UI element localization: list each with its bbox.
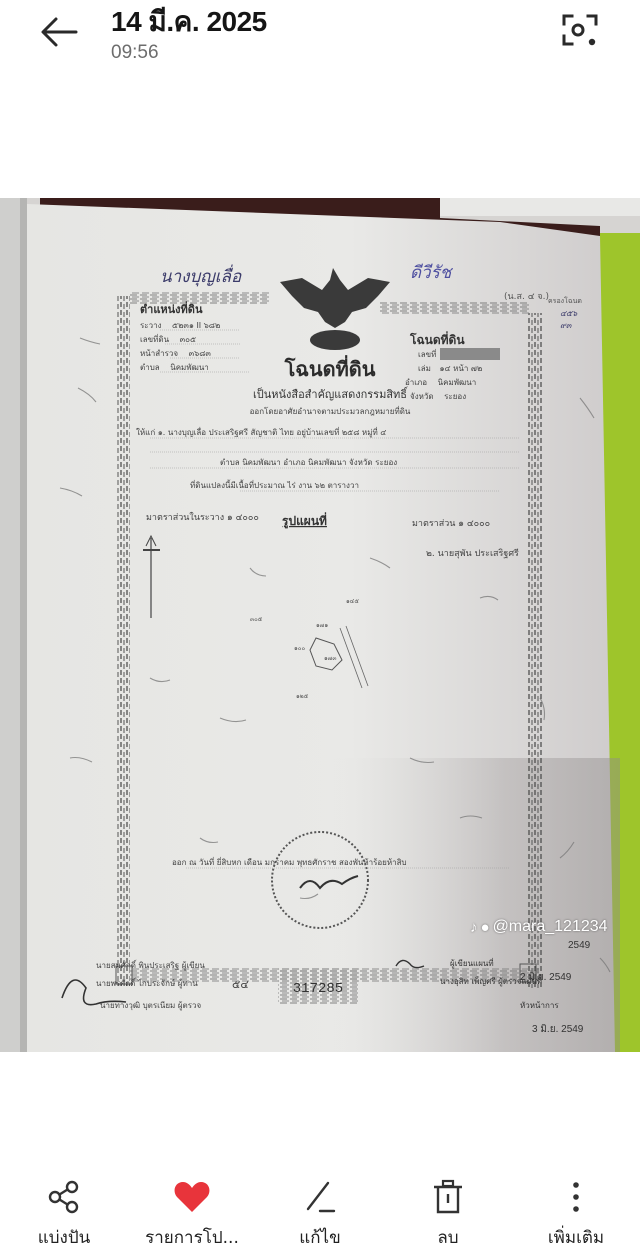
svg-text:เลขที่: เลขที่ — [418, 348, 436, 359]
svg-text:๑๐๐: ๑๐๐ — [294, 645, 305, 652]
watermark-handle: @mara_121234 — [493, 918, 608, 936]
svg-text:๑๗๑: ๑๗๑ — [316, 622, 328, 629]
delete-button[interactable]: ลบ — [384, 1178, 512, 1251]
svg-text:3 มิ.ย. 2549: 3 มิ.ย. 2549 — [532, 1024, 584, 1035]
svg-text:2 มิ.ย. 2549: 2 มิ.ย. 2549 — [520, 972, 572, 983]
header-bar: 14 มี.ค. 2025 09:56 — [0, 0, 640, 80]
tiktok-icon: ♪ — [470, 919, 478, 936]
svg-text:เล่ม ๑๔ หน้า ๗๒: เล่ม ๑๔ หน้า ๗๒ — [418, 364, 482, 373]
handwritten-name-left: นางบุญเลื่อ — [160, 264, 242, 287]
share-button[interactable]: แบ่งปัน — [0, 1178, 128, 1251]
edit-icon — [302, 1179, 338, 1215]
svg-text:๑๒๕: ๑๒๕ — [296, 693, 309, 700]
svg-text:เลขที่ดิน ๓๐๕: เลขที่ดิน ๓๐๕ — [140, 333, 196, 344]
arrow-left-icon — [36, 10, 84, 54]
map-heading: รูปแผนที่ — [282, 512, 327, 529]
form-number: (น.ส. ๔ จ.) — [504, 292, 549, 302]
lens-scan-button[interactable] — [558, 10, 602, 50]
favorite-label: รายการโป... — [145, 1224, 239, 1251]
svg-text:นายทางวุฒิ บุตรเนียม ผู้ตรวจ: นายทางวุฒิ บุตรเนียม ผู้ตรวจ — [100, 1001, 202, 1011]
document-title: โฉนดที่ดิน — [284, 354, 376, 381]
svg-text:มาตราส่วน ๑ ๔๐๐๐: มาตราส่วน ๑ ๔๐๐๐ — [412, 519, 490, 529]
svg-text:ออกโดยอาศัยอำนาจตามประมวลกฎหมา: ออกโดยอาศัยอำนาจตามประมวลกฎหมายที่ดิน — [250, 405, 411, 416]
more-button[interactable]: เพิ่มเติม — [512, 1178, 640, 1251]
svg-text:๕๔: ๕๔ — [232, 978, 249, 991]
svg-text:๑๔๕: ๑๔๕ — [346, 598, 359, 605]
svg-text:ผู้เขียนแผนที่: ผู้เขียนแผนที่ — [450, 957, 494, 969]
svg-text:นายพรศักดิ์ ไกประจักษ์ ผู้ทาน: นายพรศักดิ์ ไกประจักษ์ ผู้ทาน — [96, 977, 198, 989]
svg-text:317285: 317285 — [293, 981, 343, 997]
address-line: ตำบล นิคมพัฒนา อำเภอ นิคมพัฒนา จังหวัด ร… — [220, 458, 397, 467]
svg-text:ระวาง ๕๒๓๑ II ๖๘๒: ระวาง ๕๒๓๑ II ๖๘๒ — [140, 321, 220, 330]
heart-icon — [173, 1180, 211, 1214]
user-icon: ● — [481, 919, 490, 936]
svg-text:๓๐๕: ๓๐๕ — [250, 616, 263, 623]
svg-text:มาตราส่วนในระวาง ๑ ๔๐๐๐: มาตราส่วนในระวาง ๑ ๔๐๐๐ — [146, 512, 259, 523]
scan-lens-icon — [558, 10, 602, 50]
more-label: เพิ่มเติม — [548, 1224, 604, 1251]
land-location-heading: ตำแหน่งที่ดิน — [140, 301, 203, 316]
photo-time: 09:56 — [111, 42, 159, 64]
svg-text:๑๗๓: ๑๗๓ — [324, 655, 336, 662]
svg-text:ครองโฉนด: ครองโฉนด — [548, 296, 582, 305]
delete-label: ลบ — [437, 1224, 458, 1251]
area-line: ที่ดินแปลงนี้มีเนื้อที่ประมาณ ไร่ งาน ๖๒… — [190, 479, 359, 490]
photo-date-title: 14 มี.ค. 2025 — [111, 0, 267, 44]
handwritten-name-right: ดีวีรัช — [410, 263, 454, 283]
document-subtitle: เป็นหนังสือสำคัญแสดงกรรมสิทธิ์ — [253, 386, 409, 401]
bottom-action-bar: แบ่งปัน รายการโป... แก้ไข ลบ — [0, 1178, 640, 1251]
favorite-button[interactable]: รายการโป... — [128, 1178, 256, 1251]
svg-text:๙๓: ๙๓ — [560, 321, 572, 330]
share-label: แบ่งปัน — [38, 1224, 90, 1251]
edit-label: แก้ไข — [299, 1224, 340, 1251]
svg-text:2549: 2549 — [568, 940, 591, 951]
more-vertical-icon — [570, 1179, 582, 1215]
svg-text:หน้าสำรวจ ๓๖๘๓: หน้าสำรวจ ๓๖๘๓ — [140, 349, 211, 358]
svg-text:อำเภอ นิคมพัฒนา: อำเภอ นิคมพัฒนา — [405, 378, 476, 387]
svg-text:ตำบล นิคมพัฒนา: ตำบล นิคมพัฒนา — [140, 363, 209, 372]
svg-text:๔๕๖: ๔๕๖ — [560, 309, 578, 318]
tiktok-watermark: ♪ ● @mara_121234 — [470, 918, 608, 936]
svg-text:หัวหน้าการ: หัวหน้าการ — [520, 1001, 559, 1010]
svg-text:นายสมศักดิ์ พินประเสริฐ ผู้เขี: นายสมศักดิ์ พินประเสริฐ ผู้เขียน — [96, 959, 205, 971]
svg-text:๒. นายสุพัน ประเสริฐศรี: ๒. นายสุพัน ประเสริฐศรี — [426, 548, 519, 559]
serial-number-box: 317285 — [278, 968, 358, 1004]
trash-icon — [431, 1179, 465, 1215]
back-button[interactable] — [36, 10, 84, 54]
deed-heading-right: โฉนดที่ดิน — [409, 331, 465, 347]
owner-line: ให้แก่ ๑. นางบุญเลื่อ ประเสริฐศรี สัญชาต… — [136, 426, 386, 438]
issue-date-line: ออก ณ วันที่ ยี่สิบหก เดือน มกราคม พุทธศ… — [172, 856, 407, 867]
share-icon — [46, 1179, 82, 1215]
edit-button[interactable]: แก้ไข — [256, 1178, 384, 1251]
